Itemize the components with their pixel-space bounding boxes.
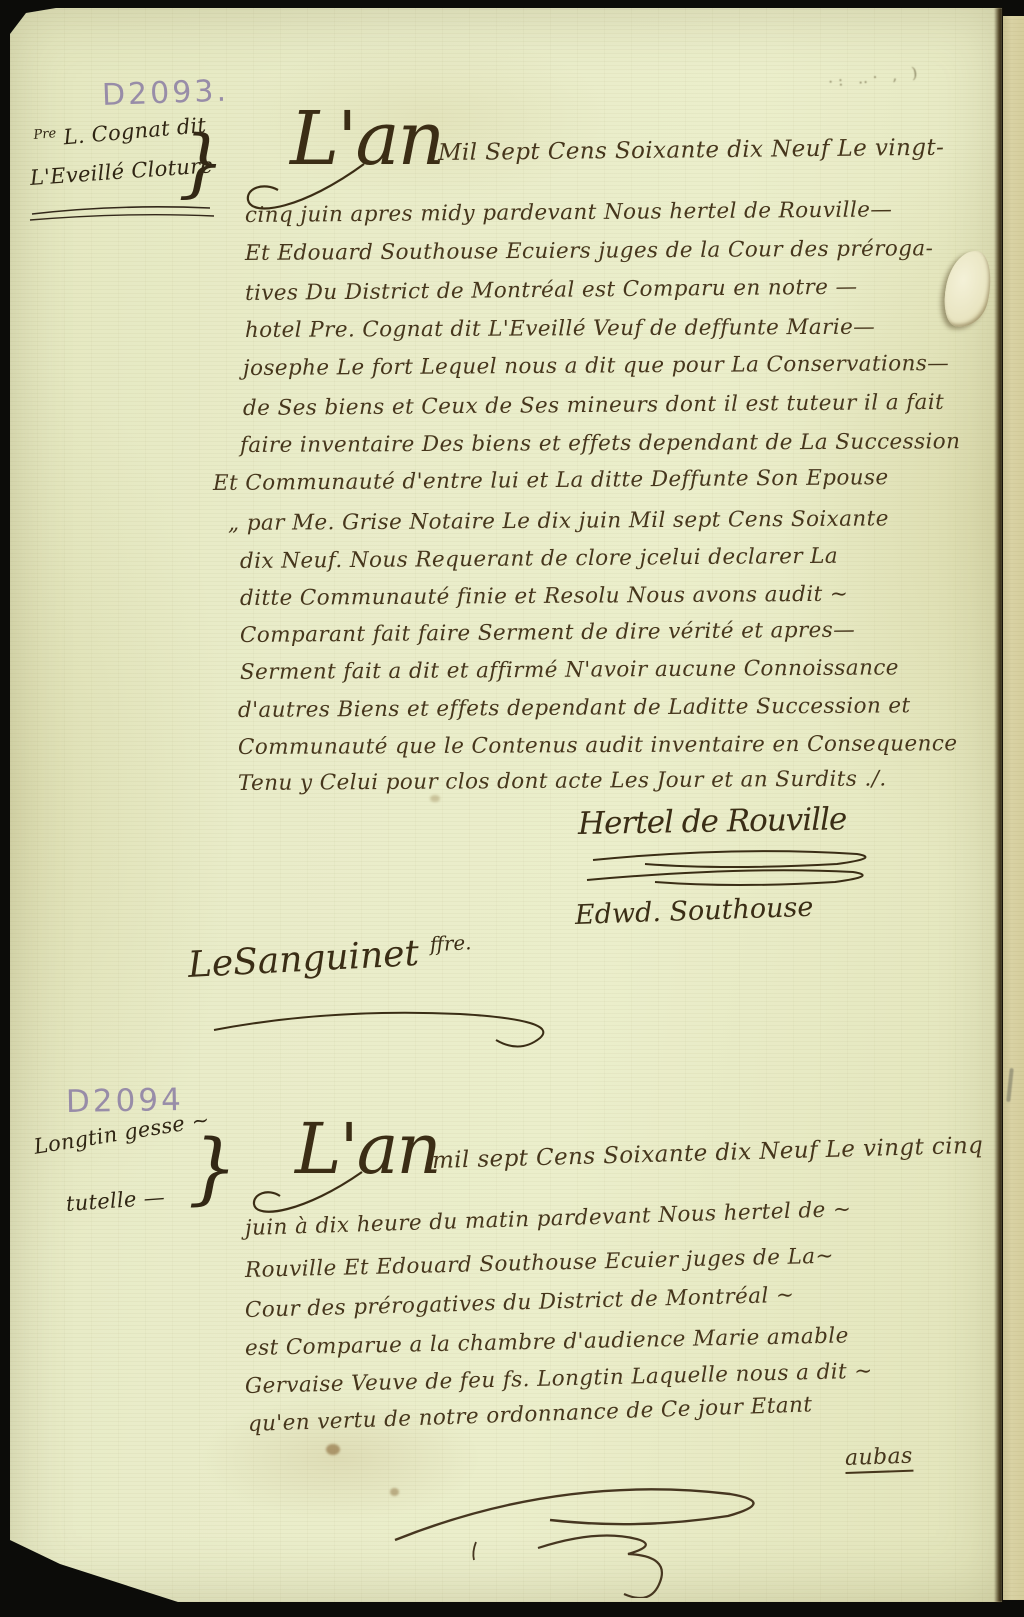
margin-underline-flourish [28, 196, 218, 222]
archival-number-d2093: D2093. [101, 74, 229, 113]
body-line: Communauté que le Contenus audit inventa… [238, 731, 958, 760]
body-line: Serment fait a dit et affirmé N'avoir au… [240, 655, 899, 685]
body-line: faire inventaire Des biens et effets dep… [240, 429, 960, 458]
body-line: Tenu y Celui pour clos dont acte Les Jou… [238, 766, 887, 796]
ink-stain [430, 795, 440, 802]
bottom-paraph-flourish [380, 1468, 790, 1598]
rouville-signature-flourish [585, 848, 885, 890]
margin-note-superscript: Pre [33, 126, 57, 143]
body-line: Et Edouard Southouse Ecuiers juges de la… [245, 236, 933, 266]
margin-bracket-entry1: } [178, 120, 225, 206]
margin-bracket-entry2: } [188, 1124, 238, 1214]
catchword: aubas [845, 1444, 914, 1471]
clerk-greffier-abbrev: ffre. [429, 931, 472, 956]
body-line: josephe Le fort Lequel nous a dit que po… [243, 351, 949, 381]
ink-stain [326, 1444, 340, 1455]
document-scan: ·: ‥· , ) D2093. Pre L. Cognat dit L'Eve… [0, 0, 1024, 1617]
entry1-opening-rest: Mil Sept Cens Soixante dix Neuf Le vingt… [438, 135, 944, 166]
body-line: ditte Communauté finie et Resolu Nous av… [240, 582, 848, 611]
body-line: hotel Pre. Cognat dit L'Eveillé Veuf de … [245, 315, 875, 343]
page-right-seam [994, 8, 1003, 1602]
signature-rouville: Hertel de Rouville [578, 801, 847, 842]
clerk-signature-flourish [210, 1000, 570, 1060]
body-line: dix Neuf. Nous Requerant de clore jcelui… [240, 544, 838, 574]
body-line: „ par Me. Grise Notaire Le dix juin Mil … [228, 506, 889, 536]
body-line: d'autres Biens et effets dependant de La… [238, 693, 911, 723]
next-page-edge [1003, 16, 1024, 1600]
